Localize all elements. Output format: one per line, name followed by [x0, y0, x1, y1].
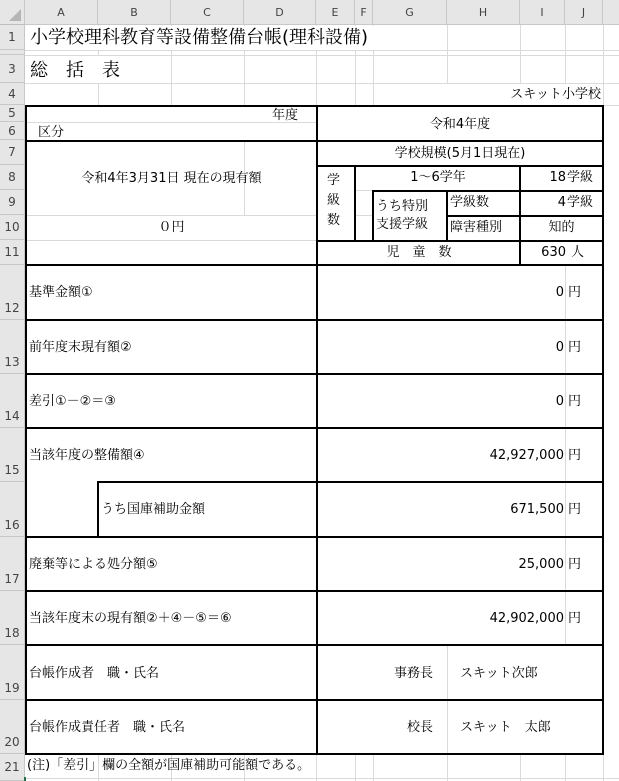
amount-value-maintenance[interactable]: 42,927,000 — [490, 449, 564, 462]
creator-name[interactable]: スキット次郎 — [460, 667, 538, 680]
border — [98, 481, 604, 483]
gridline — [355, 190, 373, 191]
column-header-c[interactable]: C — [171, 0, 244, 25]
gridline — [565, 265, 566, 645]
special-classes-unit: 学級 — [567, 196, 593, 209]
creator-label: 台帳作成者 職・氏名 — [29, 667, 159, 680]
amount-label-disposal: 廃棄等による処分額⑤ — [29, 558, 158, 571]
table-background — [26, 106, 603, 754]
amount-label-national-subsidy: うち国庫補助金額 — [101, 503, 205, 516]
border — [372, 190, 374, 241]
year-label: 年度 — [272, 109, 298, 122]
column-header-h[interactable]: H — [447, 0, 520, 25]
creator-position[interactable]: 事務長 — [394, 667, 433, 680]
row-header-16[interactable]: 16 — [0, 482, 25, 537]
school-name: スキット小学校 — [510, 88, 601, 101]
row-header-11[interactable]: 11 — [0, 240, 25, 265]
amount-label-standard: 基準金額① — [29, 286, 93, 299]
sheet-subtitle: 総 括 表 — [30, 62, 120, 80]
border — [316, 165, 604, 167]
row-header-13[interactable]: 13 — [0, 320, 25, 374]
row-header-9[interactable]: 9 — [0, 190, 25, 215]
row-header-18[interactable]: 18 — [0, 591, 25, 645]
row-header-17[interactable]: 17 — [0, 537, 25, 591]
disability-type-value[interactable]: 知的 — [521, 221, 602, 234]
grades-value[interactable]: 18 — [549, 171, 566, 184]
border — [25, 753, 604, 755]
sheet-title: 小学校理科教育等設備整備台帳(理科設備) — [30, 29, 368, 47]
class-count-label-3: 数 — [327, 214, 340, 227]
gridline — [26, 215, 316, 216]
responsible-label: 台帳作成責任者 職・氏名 — [29, 721, 185, 734]
responsible-position[interactable]: 校長 — [407, 721, 433, 734]
amount-unit: 円 — [568, 612, 581, 625]
amount-label-prev-year: 前年度末現有額② — [29, 341, 132, 354]
row-header-15[interactable]: 15 — [0, 428, 25, 482]
disability-type-label: 障害種別 — [450, 221, 502, 234]
amount-value-difference[interactable]: 0 — [556, 395, 564, 408]
border — [25, 427, 604, 429]
amount-unit: 円 — [568, 503, 581, 516]
column-header-i[interactable]: I — [520, 0, 565, 25]
special-classes-value[interactable]: 4 — [558, 196, 566, 209]
amount-unit: 円 — [568, 341, 581, 354]
row-header-6[interactable]: 6 — [0, 122, 25, 140]
row-header-10[interactable]: 10 — [0, 215, 25, 240]
row-header-12[interactable]: 12 — [0, 265, 25, 320]
row-header-4[interactable]: 4 — [0, 83, 25, 105]
special-support-label-2: 支援学級 — [376, 218, 428, 231]
amount-value-national-subsidy[interactable]: 671,500 — [510, 503, 564, 516]
border — [25, 699, 604, 701]
row-header-3[interactable]: 3 — [0, 55, 25, 83]
grades-unit: 学級 — [567, 171, 593, 184]
border — [25, 644, 604, 646]
students-value[interactable]: 630 — [541, 246, 566, 259]
current-holdings-label: 令和4年3月31日 現在の現有額 — [27, 172, 316, 185]
school-scale-title: 学校規模(5月1日現在) — [318, 147, 602, 160]
amount-value-prev-year[interactable]: 0 — [556, 341, 564, 354]
border — [25, 319, 604, 321]
amount-label-maintenance: 当該年度の整備額④ — [29, 449, 145, 462]
border — [446, 190, 448, 241]
category-label: 区分 — [38, 126, 64, 139]
grades-label: 1～6学年 — [356, 171, 520, 184]
border — [602, 105, 604, 755]
column-header-g[interactable]: G — [373, 0, 447, 25]
border — [25, 373, 604, 375]
gridline — [25, 50, 619, 51]
gridline — [25, 778, 619, 779]
column-header-a[interactable]: A — [25, 0, 98, 25]
border — [25, 536, 604, 538]
column-header-j[interactable]: J — [565, 0, 603, 25]
row-header-8[interactable]: 8 — [0, 165, 25, 190]
border — [447, 215, 604, 217]
special-support-label-1: うち特別 — [376, 200, 428, 213]
responsible-name[interactable]: スキット 太郎 — [460, 721, 551, 734]
amount-unit: 円 — [568, 286, 581, 299]
amount-unit: 円 — [568, 558, 581, 571]
footnote: (注)「差引」欄の全額が国庫補助可能額である。 — [27, 759, 310, 772]
border — [97, 481, 99, 537]
row-header-14[interactable]: 14 — [0, 374, 25, 428]
row-header-1[interactable]: 1 — [0, 25, 25, 50]
column-header-b[interactable]: B — [98, 0, 171, 25]
column-header-filler — [603, 0, 619, 25]
border — [25, 590, 604, 592]
column-header-d[interactable]: D — [244, 0, 316, 25]
fiscal-year[interactable]: 令和4年度 — [318, 118, 602, 131]
border — [25, 105, 604, 107]
border — [373, 190, 604, 192]
current-holdings-value[interactable]: ０円 — [27, 221, 316, 234]
amount-value-year-end[interactable]: 42,902,000 — [490, 612, 564, 625]
border — [316, 105, 318, 755]
row-header-21[interactable]: 21 — [0, 754, 25, 781]
row-header-7[interactable]: 7 — [0, 140, 25, 165]
gridline — [26, 240, 316, 241]
students-unit: 人 — [571, 246, 584, 259]
students-label: 児 童 数 — [318, 246, 520, 259]
column-header-e[interactable]: E — [316, 0, 355, 25]
amount-unit: 円 — [568, 395, 581, 408]
special-classes-label: 学級数 — [450, 196, 489, 209]
class-count-label-2: 級 — [327, 194, 340, 207]
select-all-corner[interactable] — [0, 0, 25, 25]
row-header-19[interactable]: 19 — [0, 645, 25, 700]
gridline — [355, 215, 373, 216]
border — [25, 105, 27, 755]
amount-label-difference: 差引①－②＝③ — [29, 395, 116, 408]
border — [25, 140, 604, 142]
border — [25, 264, 604, 266]
border — [316, 240, 604, 242]
amount-unit: 円 — [568, 449, 581, 462]
row-header-20[interactable]: 20 — [0, 700, 25, 754]
amount-value-disposal[interactable]: 25,000 — [519, 558, 565, 571]
amount-value-standard[interactable]: 0 — [556, 286, 564, 299]
column-header-f[interactable]: F — [355, 0, 373, 25]
amount-label-year-end: 当該年度末の現有額②＋④－⑤＝⑥ — [29, 612, 232, 625]
active-cell-indicator — [24, 777, 26, 781]
row-header-5[interactable]: 5 — [0, 105, 25, 122]
class-count-label-1: 学 — [327, 174, 340, 187]
